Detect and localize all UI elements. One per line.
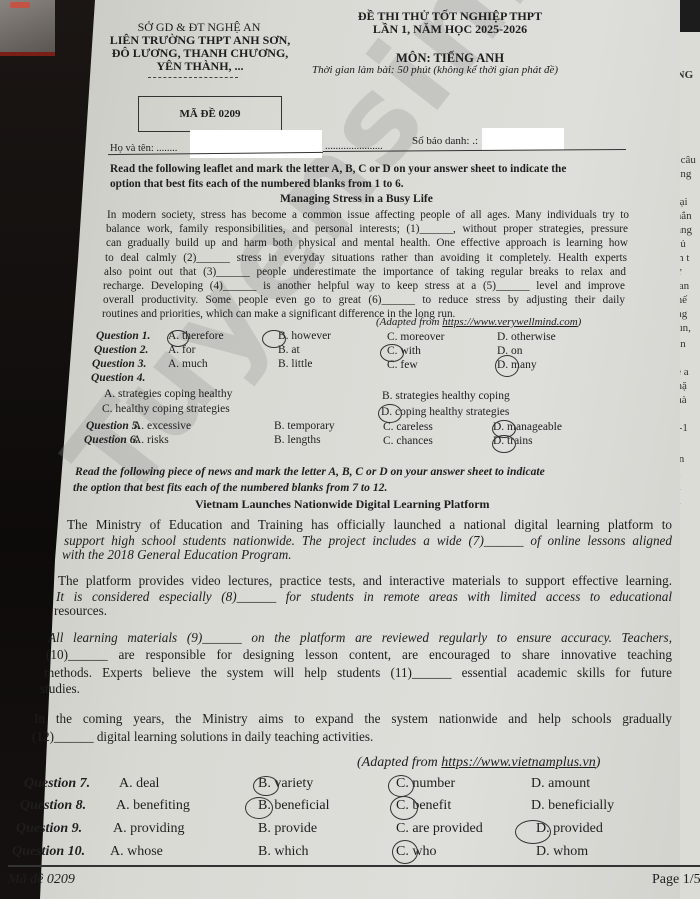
department-name: SỞ GD & ĐT NGHỆ AN xyxy=(110,20,288,34)
school-line-3: YÊN THÀNH, ... xyxy=(105,59,295,73)
passage-line: can gradually build up and harm both phy… xyxy=(106,236,628,250)
answer-mark-circle xyxy=(380,344,404,362)
passage-line: also point out that (3)______ people und… xyxy=(104,265,626,279)
answer-mark-circle xyxy=(388,775,414,797)
option-a: A. whose xyxy=(110,844,163,860)
question-label: Question 7. xyxy=(24,776,90,792)
option-b: B. however xyxy=(278,330,331,342)
passage-line: overall productivity. Some people even g… xyxy=(103,293,625,307)
passage-line: It is considered especially (8)______ fo… xyxy=(56,589,672,606)
option-d: D. amount xyxy=(531,776,590,792)
question-label: Question 4. xyxy=(91,372,145,384)
answer-mark-circle xyxy=(392,840,418,864)
option-c: C. are provided xyxy=(396,821,483,837)
option-d: D. otherwise xyxy=(497,331,556,343)
option-a: A. deal xyxy=(119,776,159,792)
option-b: B. strategies healthy coping xyxy=(382,390,510,402)
source-link[interactable]: https://www.vietnamplus.vn xyxy=(441,755,596,770)
option-b: B. little xyxy=(278,358,313,370)
led-indicator xyxy=(10,2,30,8)
footer-rule xyxy=(8,865,700,867)
answer-mark-circle xyxy=(495,355,519,377)
question-label: Question 10. xyxy=(12,844,85,860)
answer-mark-circle xyxy=(378,404,402,423)
option-a: A. providing xyxy=(113,821,185,837)
option-b: B. temporary xyxy=(274,420,335,432)
question-label: Question 2. xyxy=(94,344,148,356)
passage-line: to deal calmly (2)______ stress in every… xyxy=(105,251,627,265)
passage-line: balance work, family responsibilities, a… xyxy=(106,222,628,236)
question-label: Question 8. xyxy=(20,798,86,814)
option-c: C. chances xyxy=(383,435,433,447)
candidate-number-redaction xyxy=(482,128,564,150)
candidate-number-label: Số báo danh: .: xyxy=(412,135,478,147)
question-label: Question 6. xyxy=(84,434,138,446)
section2-title: Vietnam Launches Nationwide Digital Lear… xyxy=(195,497,490,512)
source-suffix: ) xyxy=(596,755,601,770)
question-label: Question 1. xyxy=(96,330,150,342)
answer-mark-circle xyxy=(515,820,551,844)
source-prefix: (Adapted from xyxy=(357,755,441,770)
source-link[interactable]: https://www.verywellmind.com xyxy=(442,316,577,328)
passage-line: In the coming years, the Ministry aims t… xyxy=(34,711,672,728)
answer-mark-circle xyxy=(253,776,279,796)
question-label: Question 9. xyxy=(16,821,82,837)
passage-line: methods. Experts believe the system will… xyxy=(44,665,672,682)
school-line-2: ĐÔ LƯƠNG, THANH CHƯƠNG, xyxy=(105,46,295,60)
source-prefix: (Adapted from xyxy=(376,316,442,328)
section1-source: (Adapted from https://www.verywellmind.c… xyxy=(376,316,581,328)
passage-line: resources. xyxy=(54,603,107,620)
passage-line: The Ministry of Education and Training h… xyxy=(67,517,672,534)
exam-code-box: MÃ ĐỀ 0209 xyxy=(138,96,282,132)
passage-line: with the 2018 General Education Program. xyxy=(62,547,292,564)
passage-line: (10)______ are responsible for designing… xyxy=(46,647,672,664)
answer-mark-circle xyxy=(492,435,516,453)
option-b: B. which xyxy=(258,844,309,860)
section1-title: Managing Stress in a Busy Life xyxy=(280,193,433,205)
answer-mark-circle xyxy=(245,797,273,819)
device-corner xyxy=(0,0,55,56)
passage-line: The platform provides video lectures, pr… xyxy=(58,573,672,590)
option-d: D. whom xyxy=(536,844,588,860)
passage-line: All learning materials (9)______ on the … xyxy=(48,630,672,647)
passage-line: studies. xyxy=(40,681,80,698)
name-label: Họ và tên: ........ xyxy=(110,143,177,154)
source-suffix: ) xyxy=(578,316,582,328)
option-c: C. healthy coping strategies xyxy=(102,403,230,415)
section2-instruction-2: the option that best fits each of the nu… xyxy=(73,481,387,494)
option-b: B. lengths xyxy=(274,434,321,446)
exam-session: LẦN 1, NĂM HỌC 2025-2026 xyxy=(345,22,555,36)
footer-exam-code: Mã đề 0209 xyxy=(8,872,75,888)
section2-instruction: Read the following piece of news and mar… xyxy=(75,465,545,478)
option-a: A. excessive xyxy=(133,420,191,432)
exam-title: ĐỀ THI THỬ TỐT NGHIỆP THPT xyxy=(345,9,555,23)
option-a: A. much xyxy=(168,358,208,370)
option-c: C. moreover xyxy=(387,331,444,343)
answer-mark-circle xyxy=(167,330,189,347)
section1-instruction-2: option that best fits each of the number… xyxy=(110,178,404,190)
passage-line: recharge. Developing (4)______ is anothe… xyxy=(103,279,625,293)
option-d: D. beneficially xyxy=(531,798,614,814)
exam-code: MÃ ĐỀ 0209 xyxy=(139,97,281,131)
passage-line: In modern society, stress has become a c… xyxy=(107,208,629,222)
exam-subject: MÔN: TIẾNG ANH xyxy=(350,51,550,65)
option-a: A. benefiting xyxy=(116,798,190,814)
answer-mark-circle xyxy=(262,330,286,348)
question-label: Question 3. xyxy=(92,358,146,370)
passage-line: (12)______ digital learning solutions in… xyxy=(32,729,373,746)
section1-instruction: Read the following leaflet and mark the … xyxy=(110,163,566,175)
exam-time: Thời gian làm bài: 50 phút (không kể thờ… xyxy=(312,64,558,76)
option-a: A. strategies coping healthy xyxy=(104,388,232,400)
answer-mark-circle xyxy=(390,796,418,820)
header-divider xyxy=(148,77,238,78)
footer-page-number: Page 1/5 xyxy=(652,872,700,888)
school-line-1: LIÊN TRƯỜNG THPT ANH SƠN, xyxy=(105,33,295,47)
option-a: A. risks xyxy=(133,434,169,446)
section2-source: (Adapted from https://www.vietnamplus.vn… xyxy=(357,755,600,771)
option-b: B. provide xyxy=(258,821,317,837)
